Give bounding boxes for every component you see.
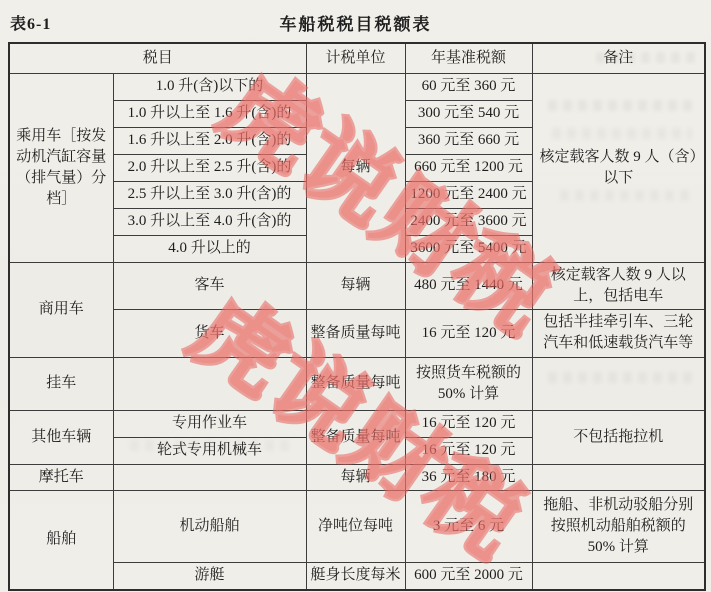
subcategory-cell: 3.0 升以上至 4.0 升(含)的: [113, 208, 306, 235]
table-row: 船舶 机动船舶 净吨位每吨 3 元至 6 元 拖船、非机动驳船分别按照机动船舶税…: [9, 490, 705, 562]
amount-cell: 16 元至 120 元: [405, 410, 532, 437]
table-row: 游艇 艇身长度每米 600 元至 2000 元: [9, 562, 705, 590]
remark-cell: 不包括拖拉机: [532, 410, 705, 464]
category-trailer: 挂车: [9, 357, 113, 410]
amount-cell: 36 元至 180 元: [405, 464, 532, 490]
amount-cell: 360 元至 660 元: [405, 127, 532, 154]
table-row: 商用车 客车 每辆 480 元至 1440 元 核定载客人数 9 人以上，包括电…: [9, 262, 705, 309]
table-row: 摩托车 每辆 36 元至 180 元: [9, 464, 705, 490]
subcategory-cell: 游艇: [113, 562, 306, 590]
subcategory-cell: 4.0 升以上的: [113, 235, 306, 262]
subcategory-cell: 2.5 升以上至 3.0 升(含)的: [113, 181, 306, 208]
amount-cell: 300 元至 540 元: [405, 100, 532, 127]
amount-cell: 2400 元至 3600 元: [405, 208, 532, 235]
unit-cell: 净吨位每吨: [306, 490, 405, 562]
scanned-page: 表6-1 车船税税目税额表 税目 计税单位 年基准税额 备注 乘用车［按发动机汽…: [0, 0, 711, 592]
category-commercial-vehicle: 商用车: [9, 262, 113, 357]
unit-cell: 每辆: [306, 262, 405, 309]
subcategory-cell: 轮式专用机械车: [113, 437, 306, 464]
table-row: 乘用车［按发动机汽缸容量（排气量）分档］ 1.0 升(含)以下的 每辆 60 元…: [9, 73, 705, 100]
subcategory-cell: 货车: [113, 309, 306, 357]
amount-cell: 60 元至 360 元: [405, 73, 532, 100]
amount-cell: 16 元至 120 元: [405, 437, 532, 464]
table-row: 其他车辆 专用作业车 整备质量每吨 16 元至 120 元 不包括拖拉机: [9, 410, 705, 437]
subcategory-cell: 1.0 升以上至 1.6 升(含)的: [113, 100, 306, 127]
unit-cell: 艇身长度每米: [306, 562, 405, 590]
amount-cell: 按照货车税额的 50% 计算: [405, 357, 532, 410]
remark-cell: 核定载客人数 9 人（含）以下: [532, 73, 705, 262]
table-row: 货车 整备质量每吨 16 元至 120 元 包括半挂牵引车、三轮汽车和低速载货汽…: [9, 309, 705, 357]
header-annual-base-tax: 年基准税额: [405, 43, 532, 73]
remark-cell: 包括半挂牵引车、三轮汽车和低速载货汽车等: [532, 309, 705, 357]
header-remarks: 备注: [532, 43, 705, 73]
unit-cell: 整备质量每吨: [306, 357, 405, 410]
remark-cell-empty: [532, 464, 705, 490]
amount-cell: 600 元至 2000 元: [405, 562, 532, 590]
amount-cell: 660 元至 1200 元: [405, 154, 532, 181]
subcategory-cell: 1.0 升(含)以下的: [113, 73, 306, 100]
amount-cell: 480 元至 1440 元: [405, 262, 532, 309]
header-tax-item: 税目: [9, 43, 306, 73]
unit-cell: 整备质量每吨: [306, 309, 405, 357]
remark-cell-empty: [532, 562, 705, 590]
remark-cell: 核定载客人数 9 人以上，包括电车: [532, 262, 705, 309]
remark-cell-empty: [532, 357, 705, 410]
subcategory-cell-empty: [113, 357, 306, 410]
remark-cell: 拖船、非机动驳船分别按照机动船舶税额的 50% 计算: [532, 490, 705, 562]
amount-cell: 3600 元至 5400 元: [405, 235, 532, 262]
subcategory-cell: 2.0 升以上至 2.5 升(含)的: [113, 154, 306, 181]
subcategory-cell: 客车: [113, 262, 306, 309]
amount-cell: 1200 元至 2400 元: [405, 181, 532, 208]
category-motorcycle: 摩托车: [9, 464, 113, 490]
subcategory-cell: 专用作业车: [113, 410, 306, 437]
category-passenger-car: 乘用车［按发动机汽缸容量（排气量）分档］: [9, 73, 113, 262]
subcategory-cell-empty: [113, 464, 306, 490]
category-other-vehicle: 其他车辆: [9, 410, 113, 464]
amount-cell: 3 元至 6 元: [405, 490, 532, 562]
page-title: 车船税税目税额表: [0, 10, 711, 35]
vehicle-vessel-tax-table: 税目 计税单位 年基准税额 备注 乘用车［按发动机汽缸容量（排气量）分档］ 1.…: [8, 42, 706, 591]
subcategory-cell: 1.6 升以上至 2.0 升(含)的: [113, 127, 306, 154]
header-tax-unit: 计税单位: [306, 43, 405, 73]
subcategory-cell: 机动船舶: [113, 490, 306, 562]
amount-cell: 16 元至 120 元: [405, 309, 532, 357]
table-header-row: 税目 计税单位 年基准税额 备注: [9, 43, 705, 73]
unit-cell: 整备质量每吨: [306, 410, 405, 464]
table-row: 挂车 整备质量每吨 按照货车税额的 50% 计算: [9, 357, 705, 410]
category-vessel: 船舶: [9, 490, 113, 590]
unit-cell: 每辆: [306, 464, 405, 490]
unit-cell: 每辆: [306, 73, 405, 262]
